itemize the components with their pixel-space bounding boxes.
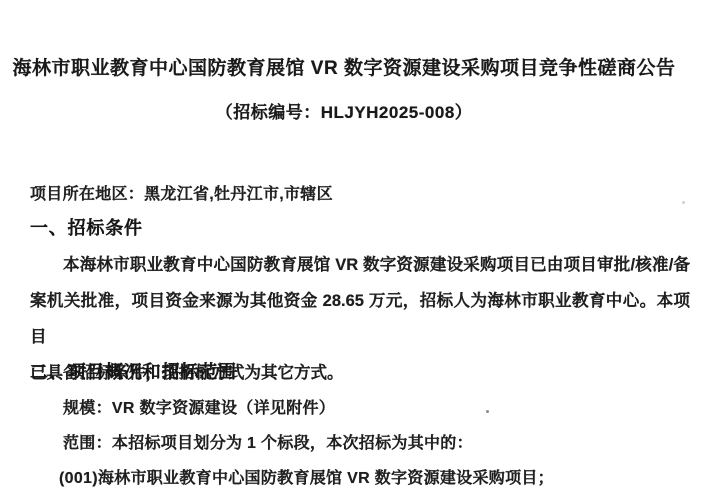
scanned-tender-document: 海林市职业教育中心国防教育展馆 VR 数字资源建设采购项目竞争性磋商公告 （招标… bbox=[0, 0, 708, 494]
section2-heading: 二、项目概况和招标范围 bbox=[30, 358, 237, 384]
tender-number: （招标编号：HLJYH2025-008） bbox=[0, 98, 688, 123]
scan-speck bbox=[682, 201, 685, 204]
paragraph-line-2: 案机关批准，项目资金来源为其他资金 28.65 万元，招标人为海林市职业教育中心… bbox=[30, 283, 690, 355]
page-title: 海林市职业教育中心国防教育展馆 VR 数字资源建设采购项目竞争性磋商公告 bbox=[0, 56, 688, 82]
project-location-line: 项目所在地区：黑龙江省,牡丹江市,市辖区 bbox=[30, 181, 333, 204]
project-scale-line: 规模：VR 数字资源建设（详见附件） bbox=[63, 395, 335, 418]
lot-001-line: (001)海林市职业教育中心国防教育展馆 VR 数字资源建设采购项目； bbox=[59, 465, 554, 488]
project-scope-line: 范围：本招标项目划分为 1 个标段，本次招标为其中的： bbox=[63, 430, 473, 453]
paragraph-line-1: 本海林市职业教育中心国防教育展馆 VR 数字资源建设采购项目已由项目审批/核准/… bbox=[30, 247, 690, 283]
scan-speck bbox=[486, 410, 489, 413]
section1-heading: 一、招标条件 bbox=[30, 214, 143, 240]
